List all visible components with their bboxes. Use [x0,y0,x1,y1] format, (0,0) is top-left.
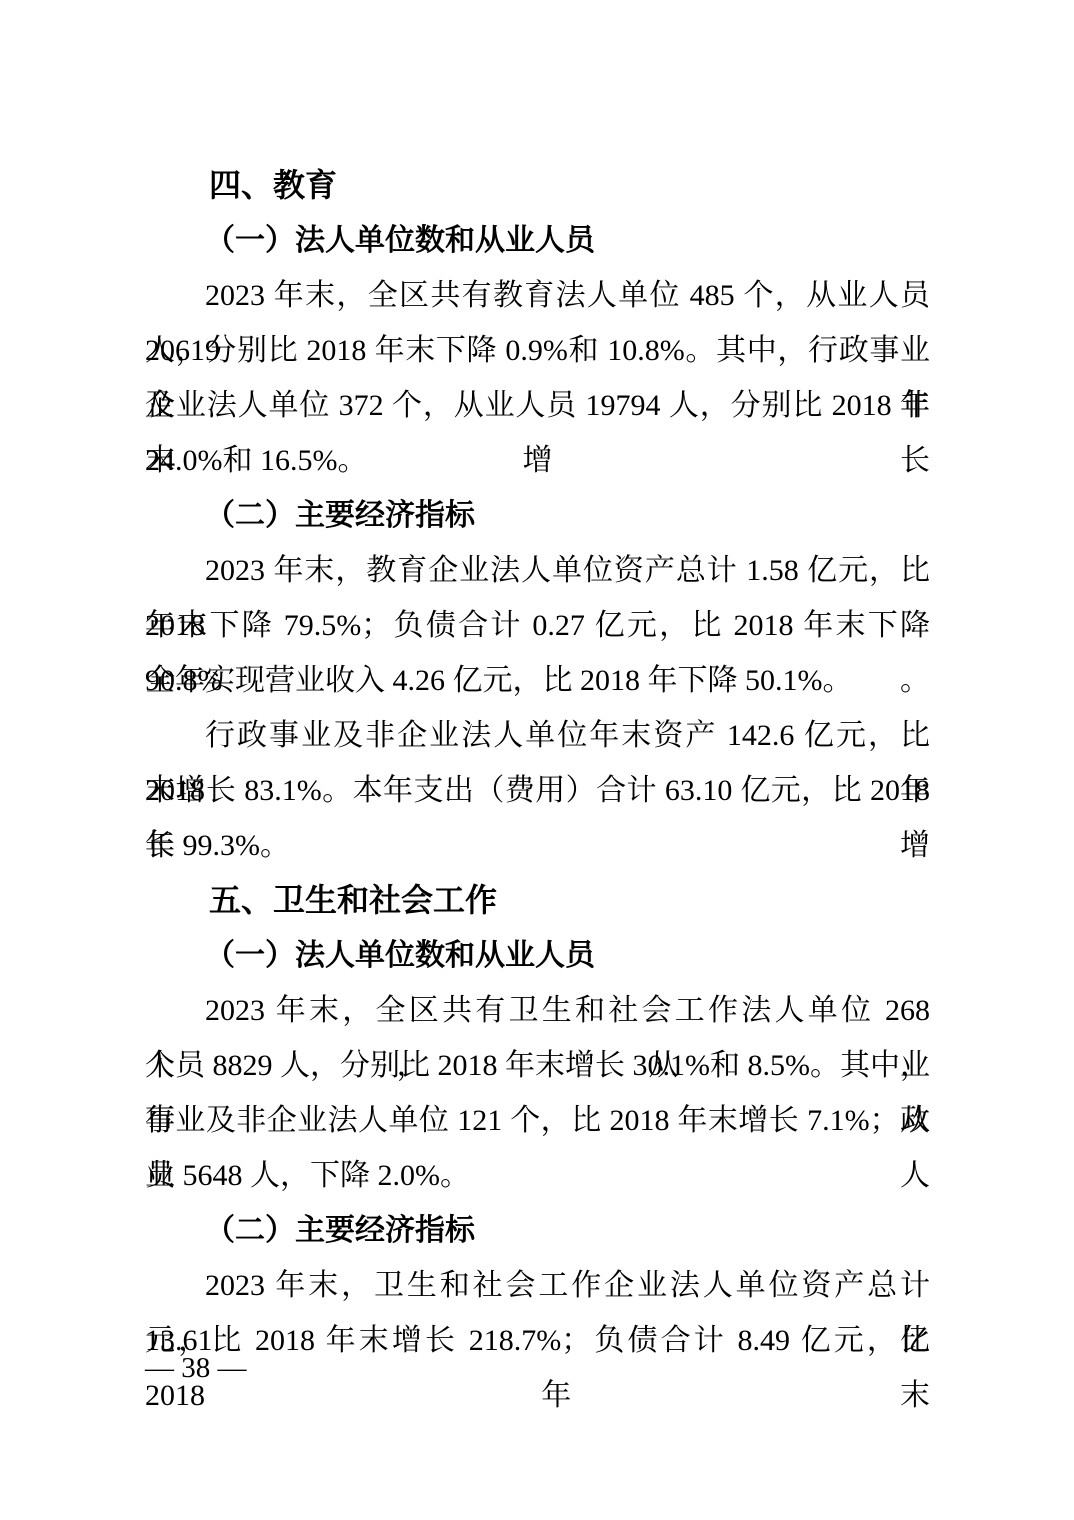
paragraph-line: 元，比 2018 年末增长 218.7%；负债合计 8.49 亿元，比 2018… [145,1313,930,1368]
paragraph-line: 人，分别比 2018 年末下降 0.9%和 10.8%。其中，行政事业及非 [145,323,930,378]
paragraph-line: 事业及非企业法人单位 121 个，比 2018 年末增长 7.1%；从业人 [145,1093,930,1148]
section-heading-education: 四、教育 [145,158,930,213]
paragraph-line: 年末下降 79.5%；负债合计 0.27 亿元，比 2018 年末下降 90.8… [145,598,930,653]
paragraph-line: 2023 年末，全区共有卫生和社会工作法人单位 268 个，从业 [145,983,930,1038]
paragraph-line: 全年实现营业收入 4.26 亿元，比 2018 年下降 50.1%。 [145,653,930,708]
paragraph-line: 2023 年末，卫生和社会工作企业法人单位资产总计 13.61 亿 [145,1258,930,1313]
paragraph-line: 2023 年末，全区共有教育法人单位 485 个，从业人员 20619 [145,268,930,323]
document-body: 四、教育 （一）法人单位数和从业人员 2023 年末，全区共有教育法人单位 48… [145,158,930,1368]
page-number: — 38 — [145,1346,247,1390]
subsection-heading-units-staff: （一）法人单位数和从业人员 [145,213,930,268]
document-page: 四、教育 （一）法人单位数和从业人员 2023 年末，全区共有教育法人单位 48… [0,0,1074,1520]
paragraph-line: 人员 8829 人，分别比 2018 年末增长 30.1%和 8.5%。其中，行… [145,1038,930,1093]
paragraph-line: 2023 年末，教育企业法人单位资产总计 1.58 亿元，比 2018 [145,543,930,598]
paragraph-line: 行政事业及非企业法人单位年末资产 142.6 亿元，比 2018 年 [145,708,930,763]
subsection-heading-economic-indicators: （二）主要经济指标 [145,1203,930,1258]
paragraph-line: 企业法人单位 372 个，从业人员 19794 人，分别比 2018 年末增长 [145,378,930,433]
subsection-heading-economic-indicators: （二）主要经济指标 [145,488,930,543]
section-heading-health-social-work: 五、卫生和社会工作 [145,873,930,928]
subsection-heading-units-staff: （一）法人单位数和从业人员 [145,928,930,983]
paragraph-line: 末增长 83.1%。本年支出（费用）合计 63.10 亿元，比 2018 年增 [145,763,930,818]
